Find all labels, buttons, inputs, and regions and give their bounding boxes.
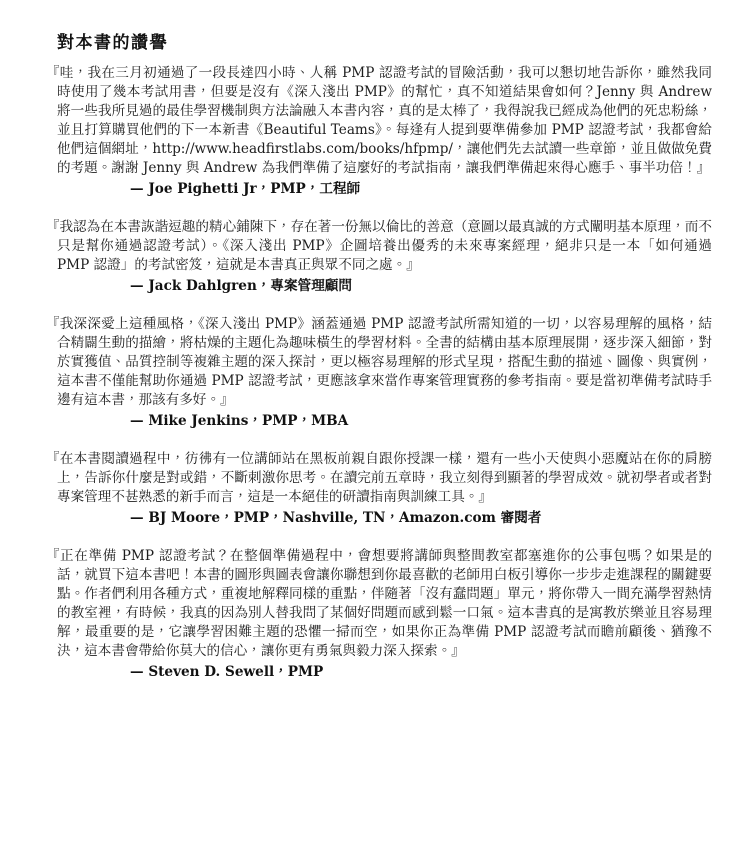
testimonial-quote: 『在本書閱讀過程中，彷彿有一位講師站在黑板前親自跟你授課一樣，還有一些小天使與小… <box>57 450 712 507</box>
testimonial-attribution: — BJ Moore，PMP，Nashville, TN，Amazon.com … <box>130 509 712 528</box>
testimonial-attribution: — Joe Pighetti Jr，PMP，工程師 <box>130 180 712 199</box>
praise-page: 對本書的讚譽 『哇，我在三月初通過了一段長達四小時、人稱 PMP 認證考試的冒險… <box>0 0 750 849</box>
testimonial-2: 『我認為在本書詼諧逗趣的精心鋪陳下，存在著一份無以倫比的善意（意圖以最真誠的方式… <box>57 218 712 296</box>
testimonial-attribution: — Mike Jenkins，PMP，MBA <box>130 412 712 431</box>
testimonial-3: 『我深深愛上這種風格，《深入淺出 PMP》涵蓋通過 PMP 認證考試所需知道的一… <box>57 315 712 431</box>
testimonial-quote: 『我深深愛上這種風格，《深入淺出 PMP》涵蓋通過 PMP 認證考試所需知道的一… <box>57 315 712 410</box>
testimonial-1: 『哇，我在三月初通過了一段長達四小時、人稱 PMP 認證考試的冒險活動，我可以懇… <box>57 64 712 199</box>
testimonial-5: 『正在準備 PMP 認證考試？在整個準備過程中，會想要將講師與整間教室都塞進你的… <box>57 547 712 682</box>
testimonial-quote: 『哇，我在三月初通過了一段長達四小時、人稱 PMP 認證考試的冒險活動，我可以懇… <box>57 64 712 178</box>
testimonial-quote: 『正在準備 PMP 認證考試？在整個準備過程中，會想要將講師與整間教室都塞進你的… <box>57 547 712 661</box>
testimonial-4: 『在本書閱讀過程中，彷彿有一位講師站在黑板前親自跟你授課一樣，還有一些小天使與小… <box>57 450 712 528</box>
page-title: 對本書的讚譽 <box>57 28 712 53</box>
testimonial-quote: 『我認為在本書詼諧逗趣的精心鋪陳下，存在著一份無以倫比的善意（意圖以最真誠的方式… <box>57 218 712 275</box>
testimonial-attribution: — Steven D. Sewell，PMP <box>130 663 712 682</box>
testimonial-attribution: — Jack Dahlgren，專案管理顧問 <box>130 277 712 296</box>
